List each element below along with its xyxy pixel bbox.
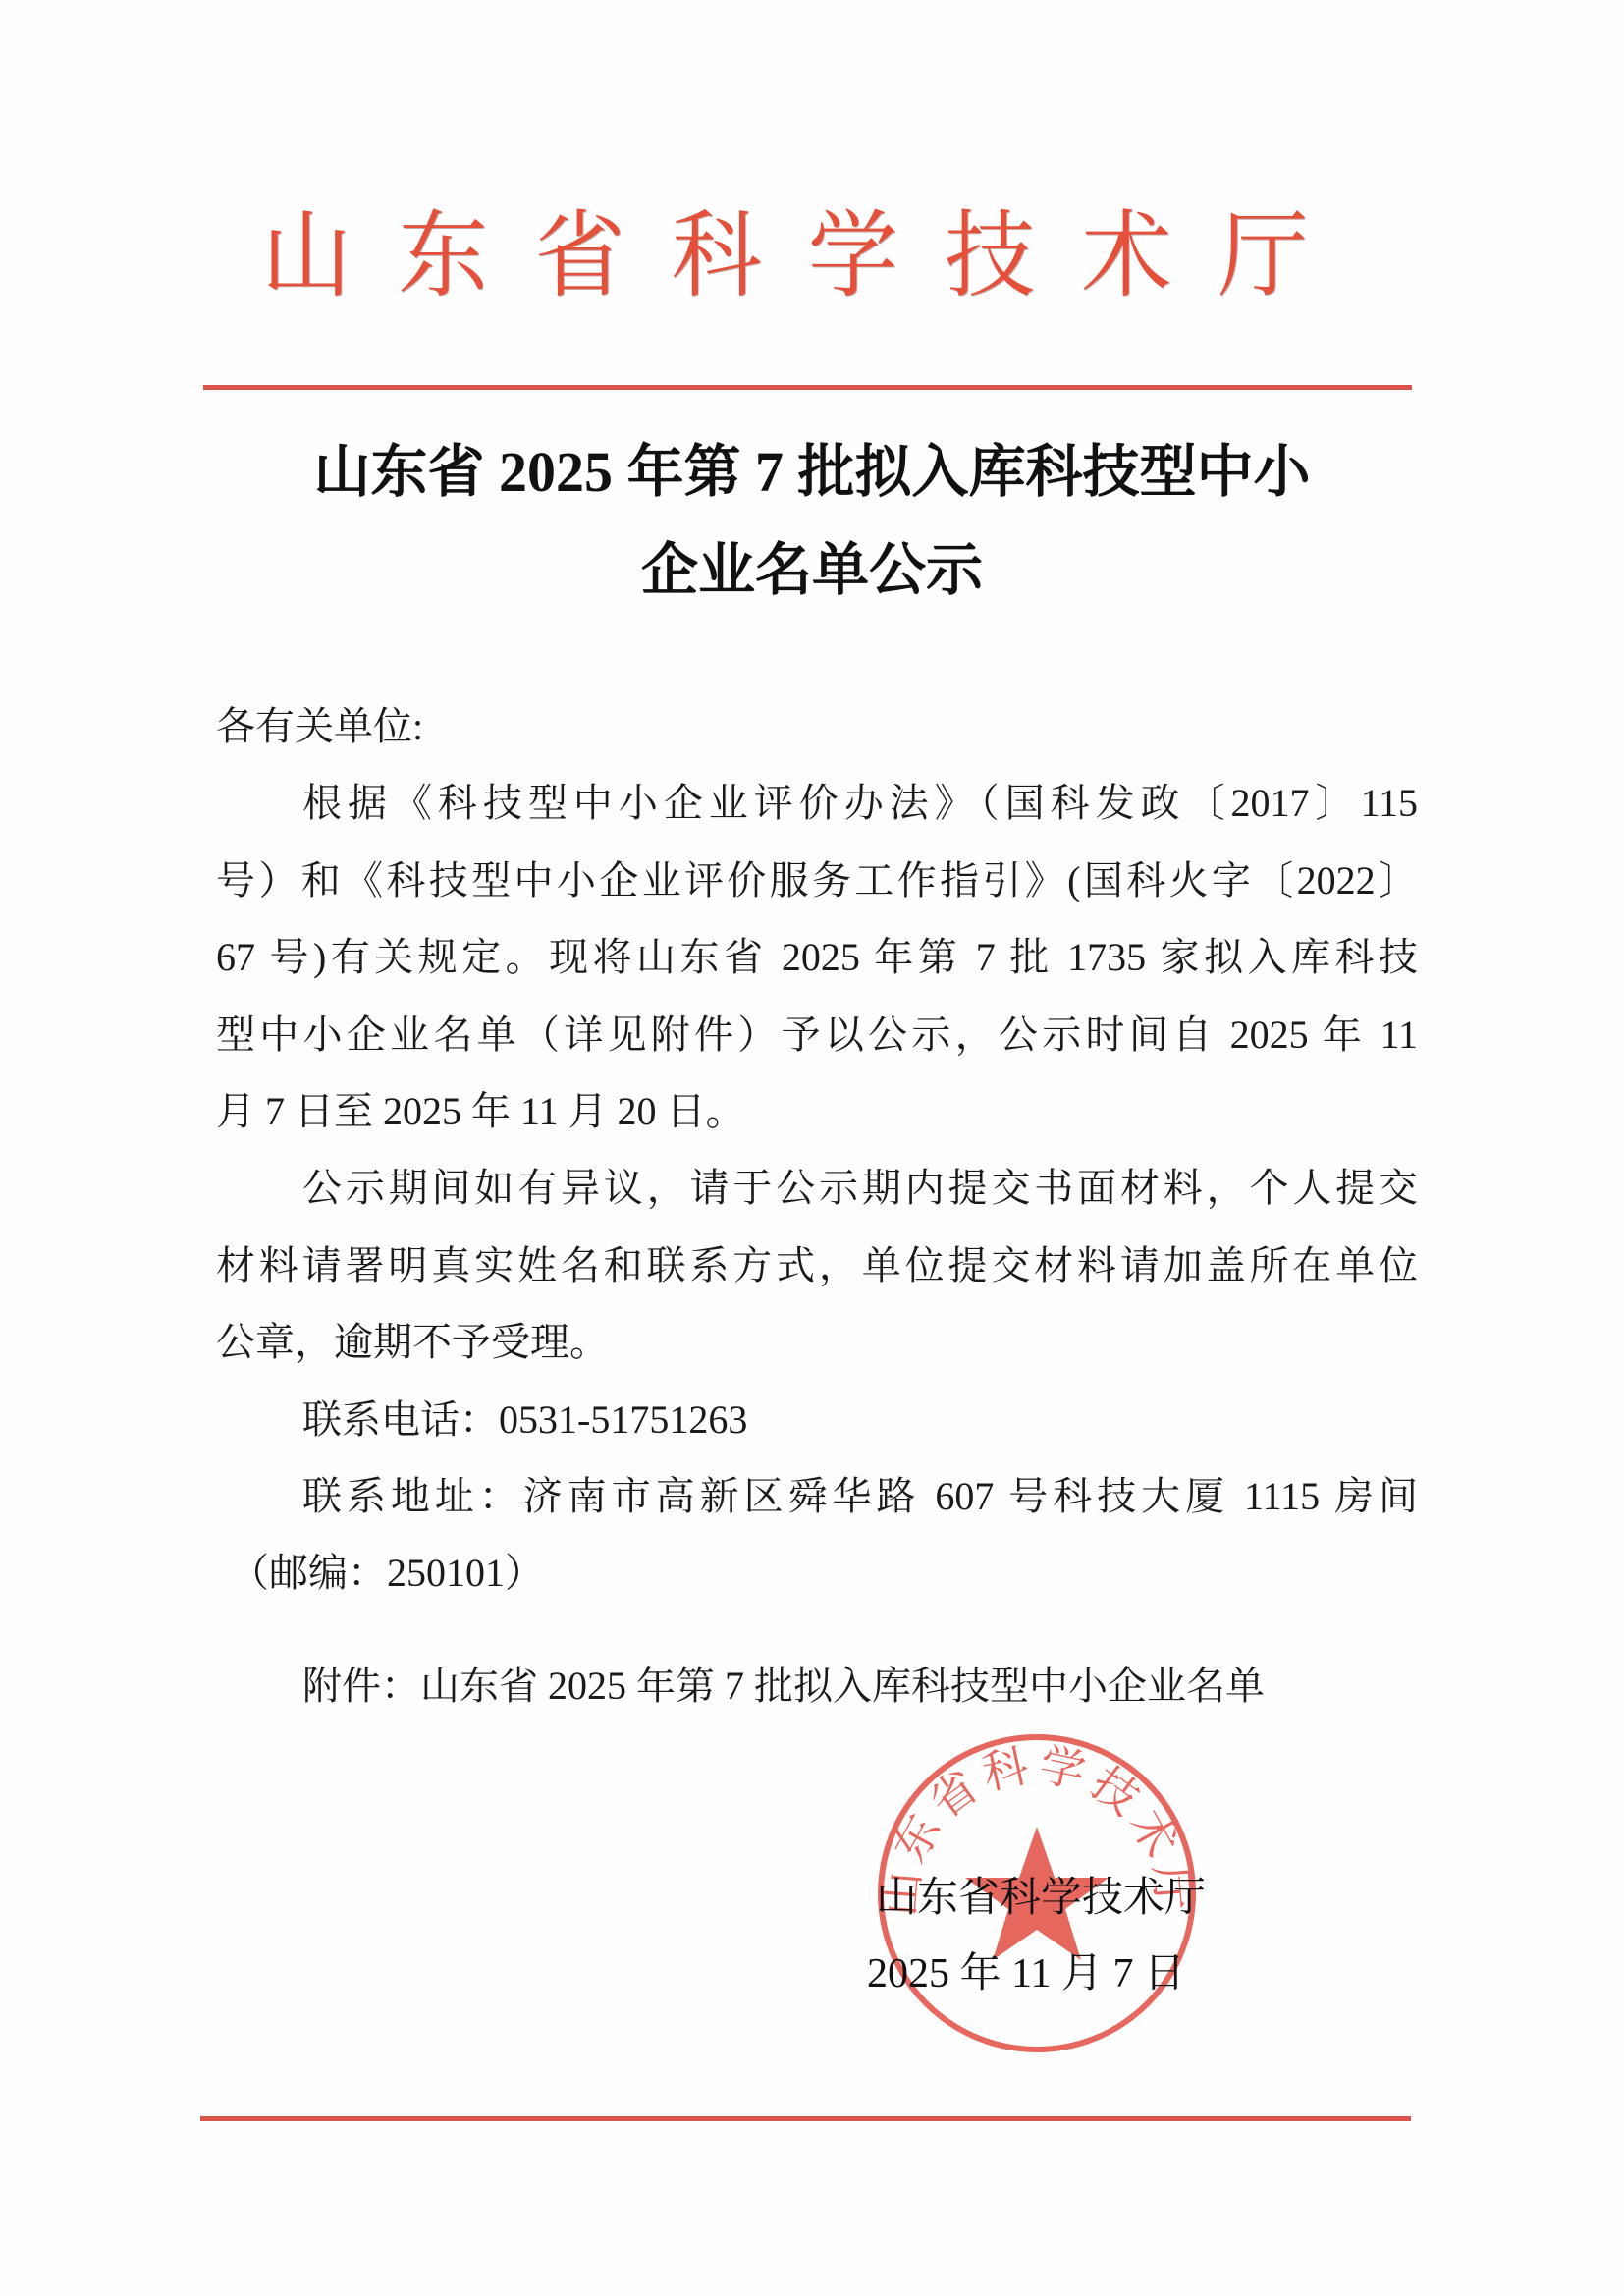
contact-address: 联系地址：济南市高新区舜华路 607 号科技大厦 1115 房间 [216, 1458, 1418, 1535]
body-line: 根据《科技型中小企业评价办法》（国科发政〔2017〕115 [216, 765, 1418, 842]
document-title-line-1: 山东省 2025 年第 7 批拟入库科技型中小 [0, 433, 1624, 512]
body-line: 67 号)有关规定。现将山东省 2025 年第 7 批 1735 家拟入库科技 [216, 919, 1418, 996]
signature-org: 山东省科学技术厅 [876, 1874, 1206, 1923]
body-line: 型中小企业名单（详见附件）予以公示，公示时间自 2025 年 11 [216, 997, 1418, 1073]
body-line: 号）和《科技型中小企业评价服务工作指引》(国科火字〔2022〕 [216, 843, 1418, 919]
body-line: 月 7 日至 2025 年 11 月 20 日。 [216, 1073, 1418, 1150]
letterhead-top-rule [203, 385, 1412, 390]
body-line: 公章，逾期不予受理。 [216, 1304, 1418, 1381]
document-page: 山东省科学技术厅 山东省 2025 年第 7 批拟入库科技型中小 企业名单公示 … [0, 0, 1624, 2296]
salutation: 各有关单位: [216, 688, 1418, 765]
document-title-line-2: 企业名单公示 [0, 531, 1624, 610]
body-line: 公示期间如有异议，请于公示期内提交书面材料，个人提交 [216, 1150, 1418, 1227]
contact-phone: 联系电话：0531-51751263 [216, 1382, 1418, 1458]
document-body: 各有关单位: 根据《科技型中小企业评价办法》（国科发政〔2017〕115 号）和… [216, 688, 1418, 1724]
footer-rule [200, 2116, 1411, 2121]
body-line: 材料请署明真实姓名和联系方式，单位提交材料请加盖所在单位 [216, 1228, 1418, 1304]
attachment-line: 附件：山东省 2025 年第 7 批拟入库科技型中小企业名单 [216, 1648, 1418, 1724]
letterhead-org-name: 山东省科学技术厅 [261, 192, 1392, 320]
contact-postcode: （邮编：250101） [216, 1535, 1418, 1612]
signature-date: 2025 年 11 月 7 日 [867, 1949, 1185, 1998]
